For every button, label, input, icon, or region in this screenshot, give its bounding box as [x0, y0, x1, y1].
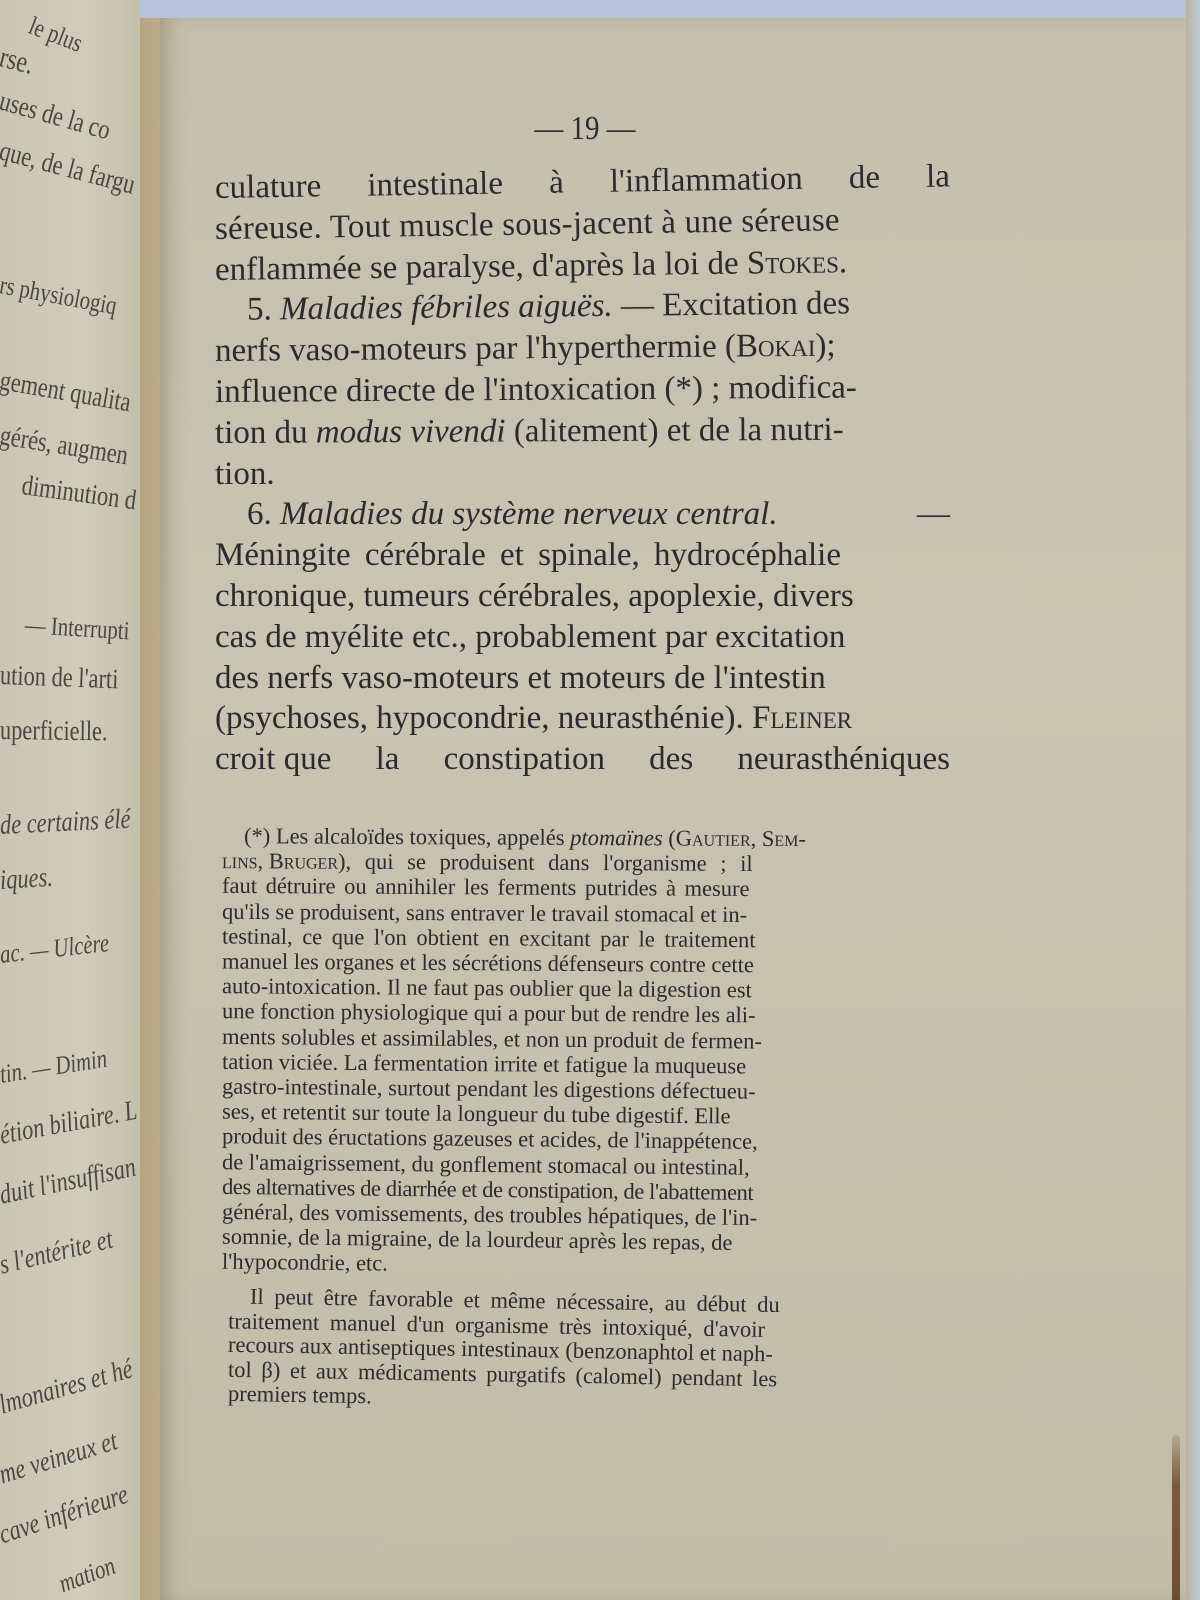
line-text: nerfs vaso-moteurs par l'hyperthermie ( — [215, 327, 736, 372]
left-page-text-fragment: lmonaires et hé — [0, 1353, 136, 1421]
line-text: qu'ils se produisent, sans entraver le t… — [222, 898, 747, 926]
body-line: croit que la constipation des neurasthén… — [215, 739, 950, 780]
word: l'inflammation — [609, 159, 803, 203]
word: la — [376, 739, 400, 780]
left-page-text-fragment: étion biliaire. L — [0, 1095, 140, 1152]
body-line: chronique, tumeurs cérébrales, apoplexie… — [215, 576, 950, 617]
left-page-text-fragment: mation — [55, 1551, 120, 1599]
body-line: influence directe de l'intoxication (*) … — [215, 367, 950, 413]
left-page-text-fragment: ac. — Ulcère — [0, 928, 111, 970]
left-page-text-fragment: iques. — [0, 862, 54, 897]
line-text: ), qui se produisent dans l'organisme ; … — [338, 849, 753, 876]
page-edge-stain — [1172, 1435, 1180, 1600]
left-page-text-fragment: uperficielle. — [0, 715, 108, 748]
footnote: (*) Les alcaloïdes toxiques, appelés pto… — [222, 825, 942, 1279]
line-text: enflammée se paralyse, d'après la loi de — [215, 243, 747, 290]
left-page-text-fragment: de certains élé — [0, 804, 131, 842]
line-text: faut détruire ou annihiler les ferments … — [222, 873, 750, 901]
author-name-stokes: Stokes. — [747, 242, 848, 284]
left-page-text-fragment: duit l'insuffisan — [0, 1152, 139, 1212]
body-line: (psychoses, hypocondrie, neurasthénie). … — [215, 698, 950, 739]
italic-word-ptomaines: ptomaïnes — [570, 825, 663, 851]
body-line-section-6: 6. Maladies du système nerveux central. … — [215, 494, 950, 535]
line-text: cas de myélite etc., probablement par ex… — [215, 617, 845, 658]
author-name-bokai: Bokai — [736, 326, 816, 367]
line-text: influence directe de l'intoxication (*) … — [215, 368, 857, 413]
left-page-text-fragment: rs physiologiq — [0, 270, 119, 321]
word: à — [549, 163, 564, 204]
line-text: (alitement) et de la nutri- — [505, 409, 843, 452]
left-page-text-fragment: tin. — Dimin — [0, 1044, 109, 1090]
line-text: testinal, ce que l'on obtient en excitan… — [222, 923, 756, 952]
word: neurasthéniques — [737, 739, 950, 780]
body-line: cas de myélite etc., probablement par ex… — [215, 617, 950, 658]
left-page-text-fragment: — Interrupti — [24, 610, 130, 646]
section-number: 5. — [247, 290, 272, 331]
author-names: (Gautier, Sem- — [663, 825, 806, 851]
italic-phrase: modus vivendi — [316, 411, 506, 453]
word: des — [649, 739, 693, 780]
em-dash: — — [917, 494, 950, 535]
word: culature — [215, 166, 322, 208]
section-number: 6. — [247, 496, 272, 532]
left-page-text-fragment: s l'entérite et — [0, 1224, 116, 1282]
left-page-text-fragment: que, de la fargu — [0, 136, 138, 202]
section-title: Maladies fébriles aiguës. — [280, 286, 613, 330]
line-text: des nerfs vaso-moteurs et moteurs de l'i… — [215, 658, 826, 699]
section-heading: 6. Maladies du système nerveux central. — [247, 494, 778, 535]
line-text: l'hypocondrie, etc. — [222, 1249, 388, 1276]
left-page-text-fragment: gérés, augmen — [0, 420, 130, 472]
word: intestinale — [367, 163, 503, 206]
body-line: nerfs vaso-moteurs par l'hyperthermie (B… — [215, 325, 950, 372]
line-text: Méningite cérébrale et spinale, hydrocép… — [215, 535, 841, 576]
word: constipation — [444, 739, 605, 780]
section-title: Maladies du système nerveux central. — [280, 496, 778, 532]
line-text: séreuse. Tout muscle sous-jacent à une s… — [215, 200, 840, 250]
right-page-edge — [1186, 0, 1200, 1600]
line-text: — Excitation des — [621, 284, 851, 327]
left-page-text-fragment: cave inférieure — [0, 1479, 132, 1551]
main-body-text: culature intestinale à l'inflammation de… — [215, 168, 950, 780]
left-page-text-fragment: ution de l'arti — [0, 660, 119, 696]
author-name-fleiner: Fleiner — [752, 698, 852, 739]
left-page-text-fragment: diminution d — [20, 470, 138, 517]
line-text: (*) Les alcaloïdes toxiques, appelés — [244, 823, 570, 850]
line-text: premiers temps. — [228, 1382, 372, 1409]
line-text: chronique, tumeurs cérébrales, apoplexie… — [215, 576, 854, 617]
word: croit que — [215, 739, 331, 780]
line-text: ); — [815, 326, 836, 367]
line-text: (psychoses, hypocondrie, neurasthénie). — [215, 698, 752, 739]
left-page: le plusrse.uses de la coque, de la fargu… — [0, 0, 140, 1600]
author-names: lins, Bruger — [222, 848, 338, 874]
body-line: des nerfs vaso-moteurs et moteurs de l'i… — [215, 658, 950, 699]
body-line: tion. — [215, 454, 950, 495]
word: la — [926, 156, 950, 197]
line-text: tion. — [215, 454, 275, 495]
page-number: — 19 — — [517, 110, 653, 148]
footnote-line: faut détruire ou annihiler les ferments … — [222, 873, 942, 903]
left-page-text-fragment: me veineux et — [0, 1425, 121, 1491]
line-text: tion du — [215, 412, 316, 453]
body-line: tion du modus vivendi (alitement) et de … — [215, 409, 950, 454]
word: de — [848, 158, 880, 199]
footnote-paragraph-2: Il peut être favorable et même nécessair… — [228, 1290, 940, 1413]
body-line: Méningite cérébrale et spinale, hydrocép… — [215, 535, 950, 576]
left-page-text-fragment: gement qualita — [0, 365, 133, 419]
book-photo: le plusrse.uses de la coque, de la fargu… — [0, 0, 1200, 1600]
body-line-section-5: 5. Maladies fébriles aiguës. — Excitatio… — [215, 283, 950, 331]
left-page-text-fragment: rse. — [0, 41, 37, 82]
